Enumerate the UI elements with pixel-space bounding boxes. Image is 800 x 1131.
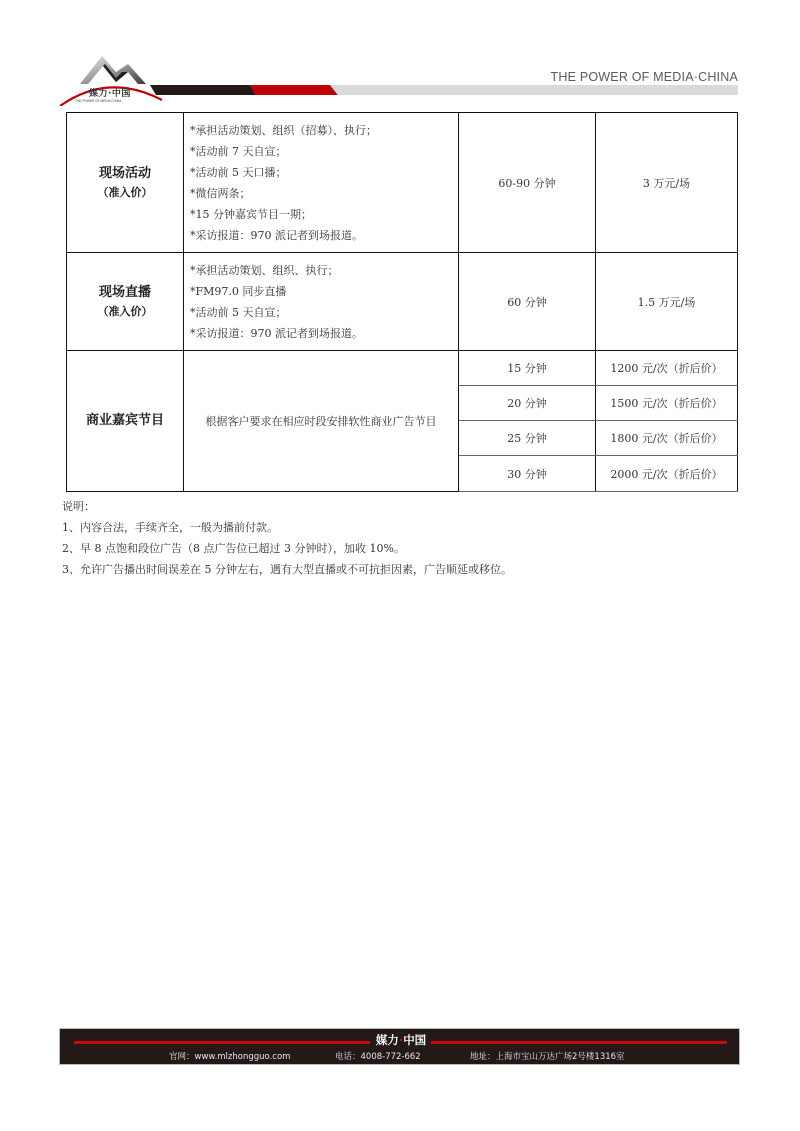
description-item: *采访报道：970 派记者到场报道。 bbox=[190, 225, 452, 246]
footer-brand-right: 中国 bbox=[403, 1033, 426, 1047]
price-cell: 1.5 万元/场 bbox=[596, 253, 738, 351]
note-item: 2、早 8 点饱和段位广告（8 点广告位已超过 3 分钟时），加收 10%。 bbox=[62, 538, 742, 559]
price-cell: 2000 元/次（折后价） bbox=[596, 456, 738, 492]
description-item: *15 分钟嘉宾节目一期； bbox=[190, 204, 452, 225]
header-stripe bbox=[150, 85, 738, 95]
row-name-cell: 现场活动 （准入价） bbox=[67, 113, 184, 253]
duration-cell: 60-90 分钟 bbox=[459, 113, 596, 253]
row-name-cell: 现场直播 （准入价） bbox=[67, 253, 184, 351]
row-title: 现场活动 bbox=[67, 164, 183, 184]
logo-chinese-text: 媒力·中国 bbox=[89, 86, 131, 99]
brand-logo: 媒力·中国 THE POWER OF MEDIA CHINA bbox=[58, 50, 170, 106]
price-cell: 1500 元/次（折后价） bbox=[596, 386, 738, 421]
row-subtitle: （准入价） bbox=[67, 303, 183, 321]
description-item: *FM97.0 同步直播 bbox=[190, 281, 452, 302]
row-title: 现场直播 bbox=[67, 283, 183, 303]
duration-cell: 20 分钟 bbox=[459, 386, 596, 421]
footer-divider-left bbox=[74, 1041, 370, 1044]
page-header: 媒力·中国 THE POWER OF MEDIA CHINA THE POWER… bbox=[0, 0, 800, 110]
description-item: *承担活动策划、组织（招募）、执行； bbox=[190, 120, 452, 141]
price-table: 现场活动 （准入价） *承担活动策划、组织（招募）、执行； *活动前 7 天自宣… bbox=[66, 112, 738, 492]
header-tagline: THE POWER OF MEDIA·CHINA bbox=[551, 70, 738, 84]
description-item: *微信两条； bbox=[190, 183, 452, 204]
footer-address: 地址：上海市宝山万达广场2号楼1316室 bbox=[470, 1050, 625, 1062]
price-cell: 3 万元/场 bbox=[596, 113, 738, 253]
price-cell: 1800 元/次（折后价） bbox=[596, 421, 738, 456]
description-item: *活动前 7 天自宣； bbox=[190, 141, 452, 162]
duration-cell: 30 分钟 bbox=[459, 456, 596, 492]
description-item: *采访报道：970 派记者到场报道。 bbox=[190, 323, 452, 344]
row-description-cell: *承担活动策划、组织、执行； *FM97.0 同步直播 *活动前 5 天自宣； … bbox=[184, 253, 459, 351]
description-item: *活动前 5 天自宣； bbox=[190, 302, 452, 323]
description-item: *承担活动策划、组织、执行； bbox=[190, 260, 452, 281]
table-row-onsite-event: 现场活动 （准入价） *承担活动策划、组织（招募）、执行； *活动前 7 天自宣… bbox=[67, 113, 738, 253]
footer-divider-right bbox=[431, 1041, 727, 1044]
notes-section: 说明： 1、内容合法，手续齐全，一般为播前付款。 2、早 8 点饱和段位广告（8… bbox=[62, 496, 742, 580]
description-item: *活动前 5 天口播； bbox=[190, 162, 452, 183]
notes-title: 说明： bbox=[62, 496, 742, 517]
row-name-cell: 商业嘉宾节目 bbox=[67, 351, 184, 492]
duration-cell: 25 分钟 bbox=[459, 421, 596, 456]
note-item: 3、允许广告播出时间误差在 5 分钟左右，遇有大型直播或不可抗拒因素，广告顺延或… bbox=[62, 559, 742, 580]
duration-cell: 60 分钟 bbox=[459, 253, 596, 351]
page-footer: 媒力·中国 官网：www.mlzhongguo.com 电话：4008-772-… bbox=[59, 1028, 740, 1065]
price-cell: 1200 元/次（折后价） bbox=[596, 351, 738, 386]
row-description-cell: 根据客户要求在相应时段安排软性商业广告节目 bbox=[184, 351, 459, 492]
logo-english-text: THE POWER OF MEDIA CHINA bbox=[75, 99, 121, 103]
row-description-cell: *承担活动策划、组织（招募）、执行； *活动前 7 天自宣； *活动前 5 天口… bbox=[184, 113, 459, 253]
footer-website[interactable]: 官网：www.mlzhongguo.com bbox=[169, 1050, 290, 1062]
row-subtitle: （准入价） bbox=[67, 184, 183, 202]
footer-brand: 媒力·中国 bbox=[372, 1032, 430, 1048]
footer-phone: 电话：4008-772-662 bbox=[335, 1050, 421, 1062]
table-row-business-guest: 商业嘉宾节目 根据客户要求在相应时段安排软性商业广告节目 15 分钟 1200 … bbox=[67, 351, 738, 386]
footer-brand-left: 媒力 bbox=[376, 1033, 399, 1047]
row-title: 商业嘉宾节目 bbox=[67, 411, 183, 431]
note-item: 1、内容合法，手续齐全，一般为播前付款。 bbox=[62, 517, 742, 538]
table-row-live-broadcast: 现场直播 （准入价） *承担活动策划、组织、执行； *FM97.0 同步直播 *… bbox=[67, 253, 738, 351]
duration-cell: 15 分钟 bbox=[459, 351, 596, 386]
